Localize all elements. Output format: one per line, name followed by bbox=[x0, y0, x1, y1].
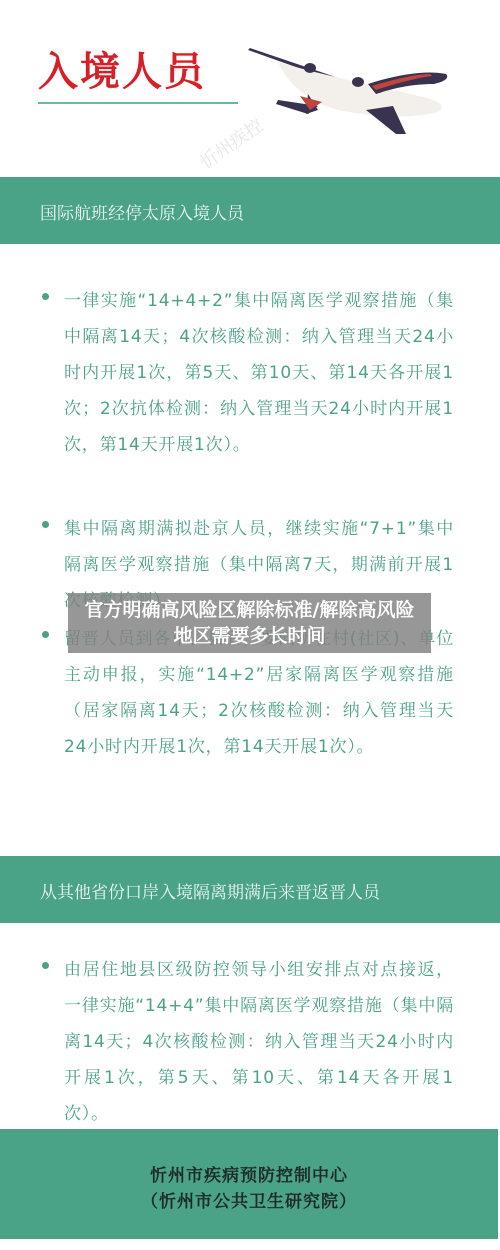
watermark-text: 忻州疾控 bbox=[194, 112, 268, 175]
footer-org: 忻州市疾病预防控制中心 （忻州市公共卫生研究院） bbox=[0, 1129, 498, 1239]
caption-overlay: 官方明确高风险区解除标准/解除高风险地区需要多长时间 bbox=[68, 593, 431, 653]
list-item-text: 一律实施“14+4+2”集中隔离医学观察措施（集中隔离14天；4次核酸检测：纳入… bbox=[64, 283, 454, 463]
hero-banner: 入境人员 忻州疾控 bbox=[0, 0, 500, 176]
org-subname: （忻州市公共卫生研究院） bbox=[0, 1187, 498, 1212]
section-heading-international: 国际航班经停太原入境人员 bbox=[0, 177, 500, 244]
bullet-dot-icon bbox=[42, 631, 49, 638]
bullet-dot-icon bbox=[42, 293, 49, 300]
section-heading-text: 从其他省份口岸入境隔离期满后来晋返晋人员 bbox=[40, 878, 380, 903]
page-title: 入境人员 bbox=[38, 40, 206, 97]
list-item-text: 由居住地县区级防控领导小组安排点对点接返，一律实施“14+4”集中隔离医学观察措… bbox=[64, 952, 454, 1132]
section-heading-other-provinces: 从其他省份口岸入境隔离期满后来晋返晋人员 bbox=[0, 856, 500, 923]
bullet-dot-icon bbox=[42, 962, 49, 969]
bullet-dot-icon bbox=[42, 521, 49, 528]
section-heading-text: 国际航班经停太原入境人员 bbox=[40, 199, 244, 224]
airplane-icon bbox=[248, 44, 453, 136]
caption-text: 官方明确高风险区解除标准/解除高风险地区需要多长时间 bbox=[76, 597, 423, 649]
title-underline bbox=[38, 102, 238, 104]
org-name: 忻州市疾病预防控制中心 bbox=[0, 1161, 498, 1186]
